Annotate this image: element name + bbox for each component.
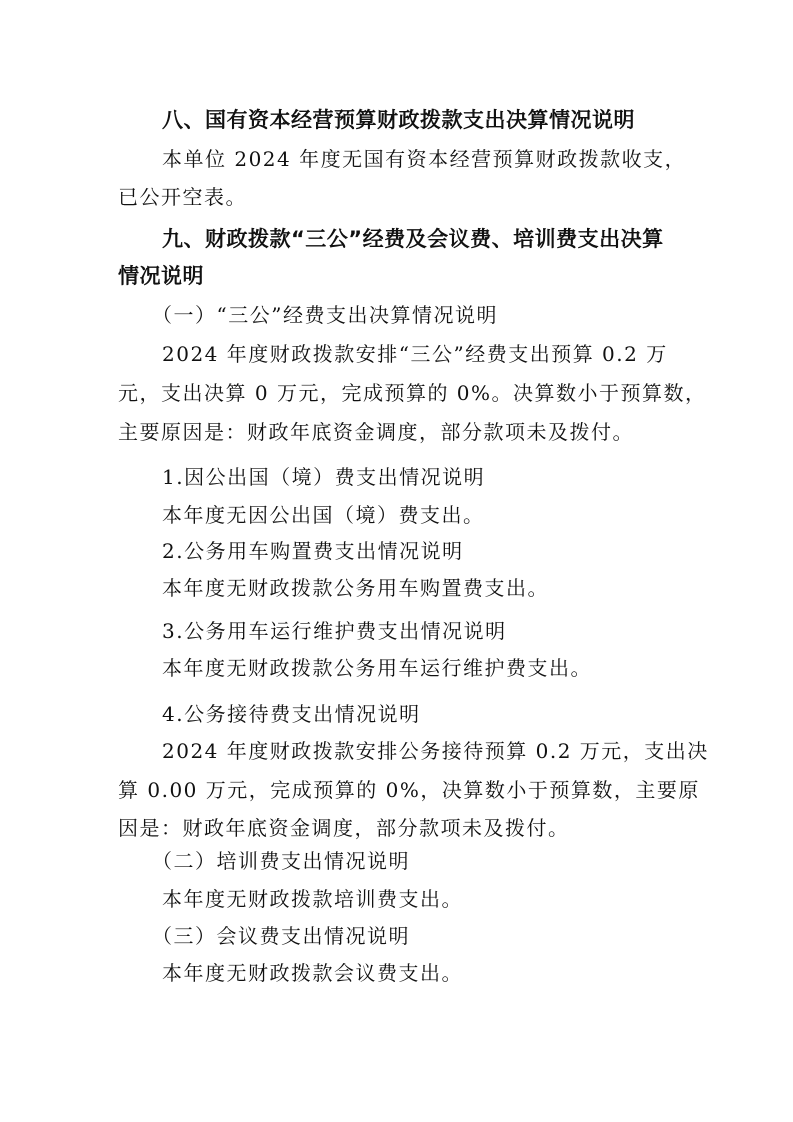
item-4-text-line-3: 因是：财政年底资金调度，部分款项未及拨付。 xyxy=(118,815,570,841)
subsection-1-title: （一）“三公”经费支出决算情况说明 xyxy=(152,302,498,328)
subsection-1-paragraph-line-1: 2024 年度财政拨款安排“三公”经费支出预算 0.2 万 xyxy=(162,341,668,367)
item-3-title: 3.公务用车运行维护费支出情况说明 xyxy=(162,618,507,644)
subsection-1-paragraph-line-2: 元，支出决算 0 万元，完成预算的 0%。决算数小于预算数， xyxy=(118,380,707,406)
item-3-text: 本年度无财政拨款公务用车运行维护费支出。 xyxy=(162,655,592,681)
section-8-paragraph-line-1: 本单位 2024 年度无国有资本经营预算财政拨款收支， xyxy=(162,146,686,172)
item-4-title: 4.公务接待费支出情况说明 xyxy=(162,701,421,727)
document-page: 八、国有资本经营预算财政拨款支出决算情况说明 本单位 2024 年度无国有资本经… xyxy=(0,0,793,1122)
item-4-text-line-2: 算 0.00 万元，完成预算的 0%，决算数小于预算数，主要原 xyxy=(118,777,700,803)
subsection-2-text: 本年度无财政拨款培训费支出。 xyxy=(162,886,463,912)
section-8-heading: 八、国有资本经营预算财政拨款支出决算情况说明 xyxy=(162,107,635,133)
item-1-text: 本年度无因公出国（境）费支出。 xyxy=(162,502,485,528)
item-2-title: 2.公务用车购置费支出情况说明 xyxy=(162,538,464,564)
item-1-title: 1.因公出国（境）费支出情况说明 xyxy=(162,464,485,490)
subsection-3-title: （三）会议费支出情况说明 xyxy=(152,923,410,949)
item-2-text: 本年度无财政拨款公务用车购置费支出。 xyxy=(162,575,549,601)
subsection-1-paragraph-line-3: 主要原因是：财政年底资金调度，部分款项未及拨付。 xyxy=(118,419,634,445)
section-9-heading-line-1: 九、财政拨款“三公”经费及会议费、培训费支出决算 xyxy=(162,226,664,252)
section-9-heading-line-2: 情况说明 xyxy=(118,263,204,289)
section-8-paragraph-line-2: 已公开空表。 xyxy=(118,184,247,210)
subsection-3-text: 本年度无财政拨款会议费支出。 xyxy=(162,960,463,986)
subsection-2-title: （二）培训费支出情况说明 xyxy=(152,848,410,874)
item-4-text-line-1: 2024 年度财政拨款安排公务接待预算 0.2 万元，支出决 xyxy=(162,738,709,764)
